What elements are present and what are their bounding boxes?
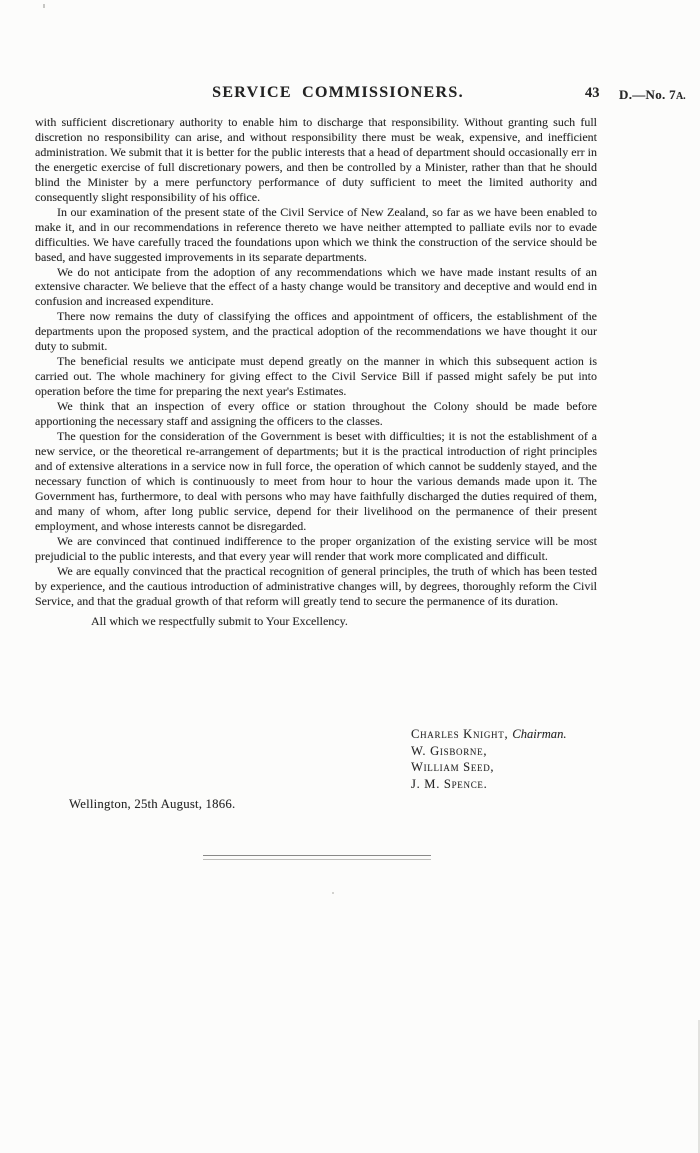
document-page: SERVICE COMMISSIONERS. 43 D.—No. 7A. wit… — [0, 0, 700, 1153]
scan-speck — [43, 4, 45, 8]
paragraph-5: The beneficial results we anticipate mus… — [35, 354, 597, 399]
paragraph-3: We do not anticipate from the adoption o… — [35, 265, 597, 310]
doc-reference-prefix: D.—No. 7 — [619, 87, 676, 102]
signature-line: W. Gisborne, — [411, 743, 567, 760]
signature-line: J. M. Spence. — [411, 776, 567, 793]
paragraph-7: The question for the consideration of th… — [35, 429, 597, 534]
paragraph-4: There now remains the duty of classifyin… — [35, 309, 597, 354]
signature-name: William Seed, — [411, 760, 494, 774]
paragraph-8: We are convinced that continued indiffer… — [35, 534, 597, 564]
doc-reference-suffix: A. — [676, 91, 686, 102]
signature-block: Charles Knight,Chairman. W. Gisborne, Wi… — [411, 726, 567, 792]
paragraph-1: with sufficient discretionary authority … — [35, 115, 597, 205]
signature-line: William Seed, — [411, 759, 567, 776]
scan-speck — [332, 892, 334, 894]
paragraph-6: We think that an inspection of every off… — [35, 399, 597, 429]
paragraph-9: We are equally convinced that the practi… — [35, 564, 597, 609]
signature-name: J. M. Spence. — [411, 777, 487, 791]
end-rule — [203, 855, 431, 860]
closing-line: All which we respectfully submit to Your… — [35, 614, 597, 629]
signature-title: Chairman. — [512, 727, 566, 741]
page-title: SERVICE COMMISSIONERS. — [0, 84, 676, 102]
report-body: with sufficient discretionary authority … — [35, 115, 597, 629]
signature-line: Charles Knight,Chairman. — [411, 726, 567, 743]
paragraph-2: In our examination of the present state … — [35, 205, 597, 265]
doc-reference: D.—No. 7A. — [619, 87, 686, 103]
signature-name: W. Gisborne, — [411, 744, 487, 758]
signature-name: Charles Knight, — [411, 727, 508, 741]
page-number: 43 — [585, 85, 600, 102]
dateline: Wellington, 25th August, 1866. — [69, 797, 235, 812]
